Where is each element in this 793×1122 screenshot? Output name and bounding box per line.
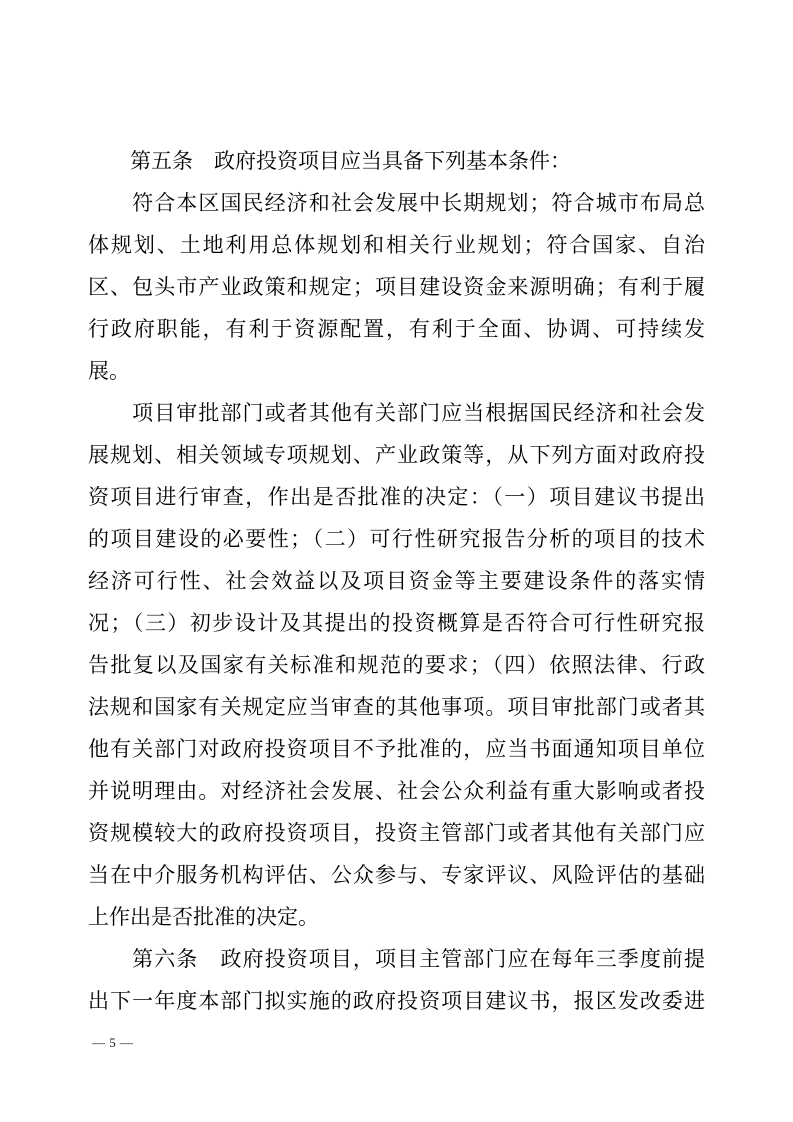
article-5-conditions: 符合本区国民经济和社会发展中长期规划；符合城市布局总体规划、土地利用总体规划和相… [88,183,705,393]
text-line: 经济可行性、社会效益以及项目资金等主要建设条件的落实情 [88,561,705,603]
article-6: 第六条 政府投资项目，项目主管部门应在每年三季度前提出下一年度本部门拟实施的政府… [88,939,705,1023]
text-line: 区、包头市产业政策和规定；项目建设资金来源明确；有利于履 [88,267,705,309]
text-line: 出下一年度本部门拟实施的政府投资项目建议书，报区发改委进 [88,981,705,1023]
text-line: 资规模较大的政府投资项目，投资主管部门或者其他有关部门应 [88,813,705,855]
page-number: — 5 — [92,1036,134,1050]
text-line: 告批复以及国家有关标准和规范的要求；（四）依照法律、行政 [88,645,705,687]
text-line: 行政府职能，有利于资源配置，有利于全面、协调、可持续发 [88,309,705,351]
text-line: 上作出是否批准的决定。 [88,897,705,939]
text-line: 体规划、土地利用总体规划和相关行业规划；符合国家、自治 [88,225,705,267]
text-line: 项目审批部门或者其他有关部门应当根据国民经济和社会发 [88,393,705,435]
article-5-review-requirements: 项目审批部门或者其他有关部门应当根据国民经济和社会发展规划、相关领域专项规划、产… [88,393,705,939]
text-line: 第五条 政府投资项目应当具备下列基本条件： [88,141,705,183]
article-5-heading: 第五条 政府投资项目应当具备下列基本条件： [88,141,705,183]
text-line: 资项目进行审查，作出是否批准的决定：（一）项目建议书提出 [88,477,705,519]
text-line: 符合本区国民经济和社会发展中长期规划；符合城市布局总 [88,183,705,225]
text-line: 展规划、相关领域专项规划、产业政策等，从下列方面对政府投 [88,435,705,477]
text-line: 第六条 政府投资项目，项目主管部门应在每年三季度前提 [88,939,705,981]
text-line: 况；（三）初步设计及其提出的投资概算是否符合可行性研究报 [88,603,705,645]
text-line: 当在中介服务机构评估、公众参与、专家评议、风险评估的基础 [88,855,705,897]
text-line: 的项目建设的必要性；（二）可行性研究报告分析的项目的技术 [88,519,705,561]
text-line: 他有关部门对政府投资项目不予批准的，应当书面通知项目单位 [88,729,705,771]
document-page: 第五条 政府投资项目应当具备下列基本条件： 符合本区国民经济和社会发展中长期规划… [0,0,793,1122]
text-line: 并说明理由。对经济社会发展、社会公众利益有重大影响或者投 [88,771,705,813]
text-line: 展。 [88,351,705,393]
text-line: 法规和国家有关规定应当审查的其他事项。项目审批部门或者其 [88,687,705,729]
document-body: 第五条 政府投资项目应当具备下列基本条件： 符合本区国民经济和社会发展中长期规划… [88,141,705,1023]
